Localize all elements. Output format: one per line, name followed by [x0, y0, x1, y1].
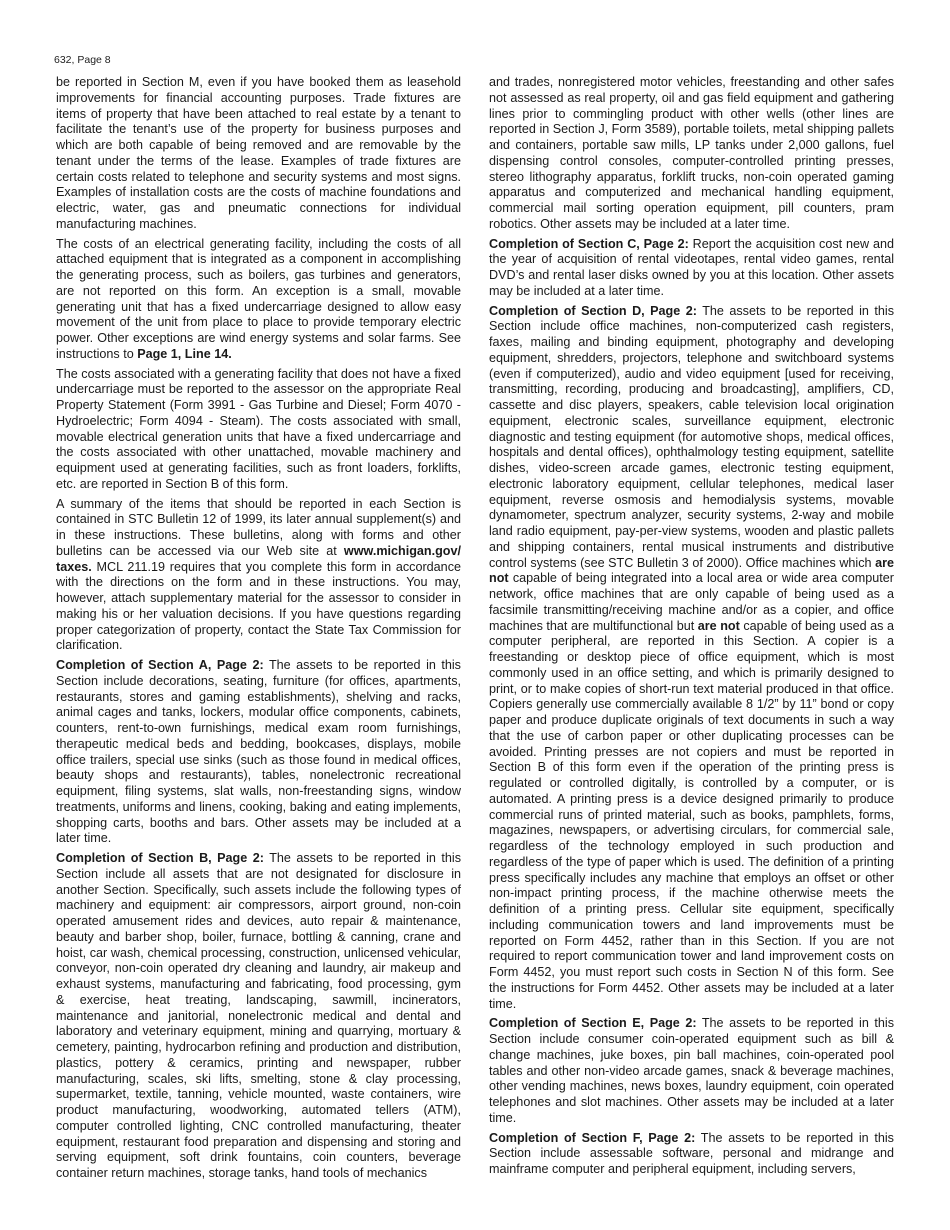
section-d-instructions: Completion of Section D, Page 2: The ass… — [489, 304, 894, 1013]
section-e-heading: Completion of Section E, Page 2: — [489, 1016, 697, 1030]
paragraph-summary-bulletins: A summary of the items that should be re… — [56, 497, 461, 655]
section-d-text: The assets to be reported in this Sectio… — [489, 304, 894, 570]
section-d-text: capable of being used as a computer peri… — [489, 619, 894, 1011]
paragraph-text: The costs of an electrical generating fa… — [56, 237, 461, 361]
section-c-instructions: Completion of Section C, Page 2: Report … — [489, 237, 894, 300]
section-d-heading: Completion of Section D, Page 2: — [489, 304, 697, 318]
emphasis-are-not: are not — [698, 619, 740, 633]
section-a-text: The assets to be reported in this Sectio… — [56, 658, 461, 845]
right-column: and trades, nonregistered motor vehicles… — [489, 75, 894, 1182]
section-b-continued: and trades, nonregistered motor vehicles… — [489, 75, 894, 233]
section-e-text: The assets to be reported in this Sectio… — [489, 1016, 894, 1125]
section-b-heading: Completion of Section B, Page 2: — [56, 851, 264, 865]
page-number-header: 632, Page 8 — [54, 53, 111, 67]
section-e-instructions: Completion of Section E, Page 2: The ass… — [489, 1016, 894, 1126]
paragraph-electrical-generating-facility: The costs of an electrical generating fa… — [56, 237, 461, 363]
section-a-heading: Completion of Section A, Page 2: — [56, 658, 264, 672]
paragraph-text: MCL 211.19 requires that you complete th… — [56, 560, 461, 653]
section-b-instructions: Completion of Section B, Page 2: The ass… — [56, 851, 461, 1182]
left-column: be reported in Section M, even if you ha… — [56, 75, 461, 1186]
section-a-instructions: Completion of Section A, Page 2: The ass… — [56, 658, 461, 847]
section-c-heading: Completion of Section C, Page 2: — [489, 237, 689, 251]
section-b-text: The assets to be reported in this Sectio… — [56, 851, 461, 1180]
paragraph-generating-facility-costs: The costs associated with a generating f… — [56, 367, 461, 493]
section-f-heading: Completion of Section F, Page 2: — [489, 1131, 695, 1145]
reference-page1-line14: Page 1, Line 14. — [137, 347, 232, 361]
section-f-instructions: Completion of Section F, Page 2: The ass… — [489, 1131, 894, 1178]
paragraph-trade-fixtures: be reported in Section M, even if you ha… — [56, 75, 461, 233]
